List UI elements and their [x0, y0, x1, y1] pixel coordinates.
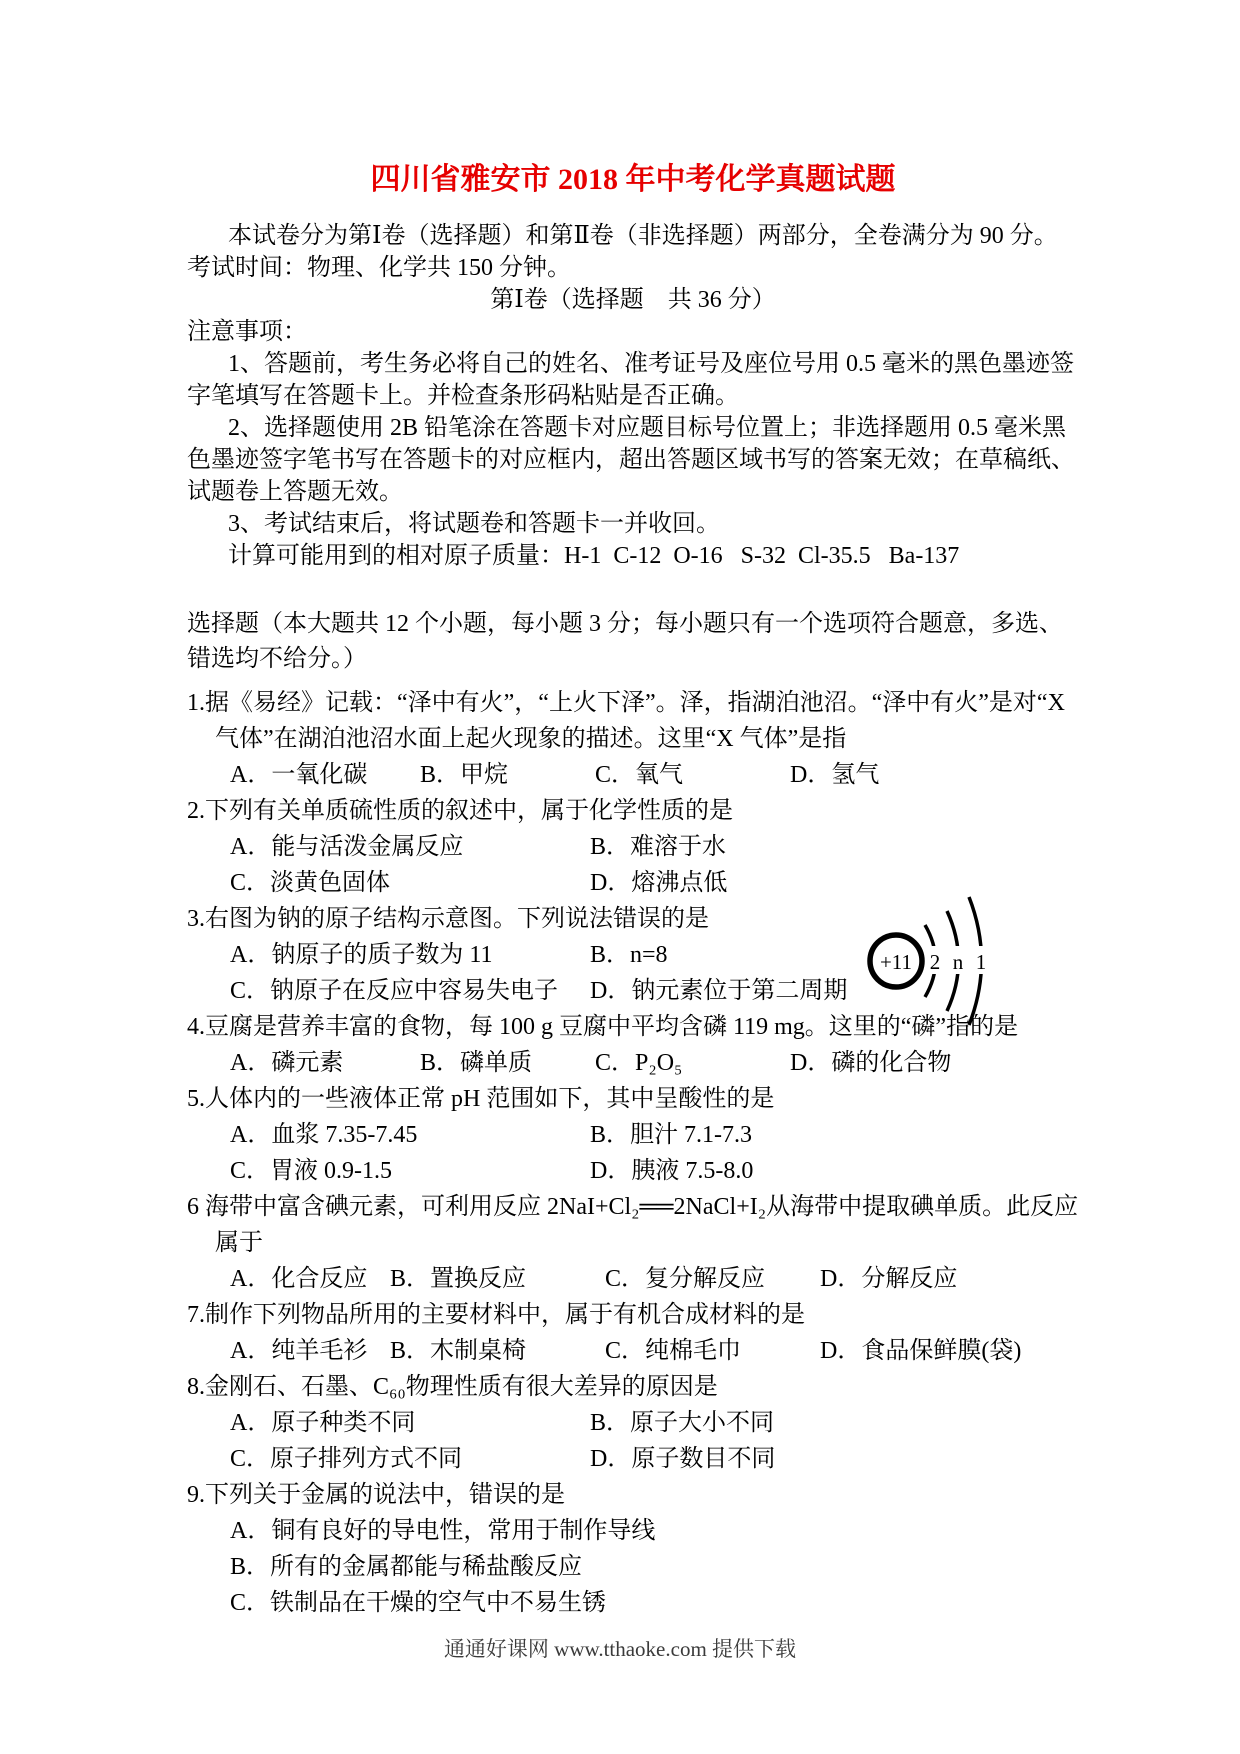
question-2-text: 2.下列有关单质硫性质的叙述中，属于化学性质的是: [187, 793, 1079, 829]
question-3: 3.右图为钠的原子结构示意图。下列说法错误的是 A．钠原子的质子数为 11 B．…: [187, 901, 1079, 1009]
question-9-options: A．铜有良好的导电性，常用于制作导线 B．所有的金属都能与稀盐酸反应 C．铁制品…: [187, 1513, 1079, 1621]
question-6-text: 6 海带中富含碘元素，可利用反应 2NaI+Cl₂══2NaCl+I₂从海带中提…: [187, 1189, 1079, 1261]
option-b: B．置换反应: [390, 1261, 605, 1297]
top-section: 本试卷分为第Ⅰ卷（选择题）和第Ⅱ卷（非选择题）两部分，全卷满分为 90 分。考试…: [187, 220, 1079, 572]
option-c: C．复分解反应: [605, 1261, 820, 1297]
option-a: A．铜有良好的导电性，常用于制作导线: [230, 1513, 1079, 1549]
intro-paragraph: 本试卷分为第Ⅰ卷（选择题）和第Ⅱ卷（非选择题）两部分，全卷满分为 90 分。考试…: [187, 220, 1079, 284]
document-title: 四川省雅安市 2018 年中考化学真题试题: [187, 163, 1079, 197]
option-b: B．磷单质: [420, 1045, 595, 1081]
option-c: C．铁制品在干燥的空气中不易生锈: [230, 1585, 1079, 1621]
multiple-choice-instructions: 选择题（本大题共 12 个小题，每小题 3 分；每小题只有一个选项符合题意，多选…: [187, 607, 1079, 677]
atomic-masses-line: 计算可能用到的相对原子质量：H-1 C-12 O-16 S-32 Cl-35.5…: [187, 540, 1079, 572]
question-list: 1.据《易经》记载：“泽中有火”，“上火下泽”。泽，指湖泊池沼。“泽中有火”是对…: [187, 685, 1079, 1621]
shell-2-electron-count: n: [953, 950, 964, 974]
question-1-text: 1.据《易经》记载：“泽中有火”，“上火下泽”。泽，指湖泊池沼。“泽中有火”是对…: [187, 685, 1079, 757]
question-4: 4.豆腐是营养丰富的食物，每 100 g 豆腐中平均含磷 119 mg。这里的“…: [187, 1009, 1079, 1081]
option-a: A．磷元素: [230, 1045, 420, 1081]
note-item-3: 3、考试结束后，将试题卷和答题卡一并收回。: [187, 508, 1079, 540]
question-8-text: 8.金刚石、石墨、C₆₀物理性质有很大差异的原因是: [187, 1369, 1079, 1405]
option-b: B．难溶于水: [590, 829, 1079, 865]
question-4-text: 4.豆腐是营养丰富的食物，每 100 g 豆腐中平均含磷 119 mg。这里的“…: [187, 1009, 1079, 1045]
option-d: D．氢气: [790, 757, 1079, 793]
question-1: 1.据《易经》记载：“泽中有火”，“上火下泽”。泽，指湖泊池沼。“泽中有火”是对…: [187, 685, 1079, 793]
question-6-options: A．化合反应 B．置换反应 C．复分解反应 D．分解反应: [187, 1261, 1079, 1297]
nucleus-charge-label: +11: [880, 950, 912, 974]
question-5-text: 5.人体内的一些液体正常 pH 范围如下，其中呈酸性的是: [187, 1081, 1079, 1117]
option-c: C．胃液 0.9-1.5: [230, 1153, 590, 1189]
option-c: C．氧气: [595, 757, 790, 793]
option-d: D．原子数目不同: [590, 1441, 1079, 1477]
note-item-1: 1、答题前，考生务必将自己的姓名、准考证号及座位号用 0.5 毫米的黑色墨迹签字…: [187, 348, 1079, 412]
option-c: C．原子排列方式不同: [230, 1441, 590, 1477]
shell-1-electron-count: 2: [930, 950, 941, 974]
section-1-heading: 第Ⅰ卷（选择题 共 36 分）: [187, 284, 1079, 316]
option-d: D．胰液 7.5-8.0: [590, 1153, 1079, 1189]
shell-3-electron-count: 1: [976, 950, 987, 974]
option-a: A．原子种类不同: [230, 1405, 590, 1441]
question-8: 8.金刚石、石墨、C₆₀物理性质有很大差异的原因是 A．原子种类不同 B．原子大…: [187, 1369, 1079, 1477]
option-c: C．P₂O₅: [595, 1045, 790, 1081]
option-c: C．钠原子在反应中容易失电子: [230, 973, 590, 1009]
option-b: B．胆汁 7.1-7.3: [590, 1117, 1079, 1153]
option-a: A．化合反应: [230, 1261, 390, 1297]
question-8-options: A．原子种类不同 B．原子大小不同 C．原子排列方式不同 D．原子数目不同: [187, 1405, 1079, 1477]
question-7: 7.制作下列物品所用的主要材料中，属于有机合成材料的是 A．纯羊毛衫 B．木制桌…: [187, 1297, 1079, 1369]
option-a: A．一氧化碳: [230, 757, 420, 793]
notes-heading: 注意事项：: [187, 316, 1079, 348]
note-item-2: 2、选择题使用 2B 铅笔涂在答题卡对应题目标号位置上；非选择题用 0.5 毫米…: [187, 412, 1079, 508]
option-a: A．纯羊毛衫: [230, 1333, 390, 1369]
option-c: C．纯棉毛巾: [605, 1333, 820, 1369]
option-b: B．木制桌椅: [390, 1333, 605, 1369]
question-5-options: A．血浆 7.35-7.45 B．胆汁 7.1-7.3 C．胃液 0.9-1.5…: [187, 1117, 1079, 1189]
option-b: B．所有的金属都能与稀盐酸反应: [230, 1549, 1079, 1585]
option-d: D．分解反应: [820, 1261, 1079, 1297]
question-9-text: 9.下列关于金属的说法中，错误的是: [187, 1477, 1079, 1513]
question-4-options: A．磷元素 B．磷单质 C．P₂O₅ D．磷的化合物: [187, 1045, 1079, 1081]
question-1-options: A．一氧化碳 B．甲烷 C．氧气 D．氢气: [187, 757, 1079, 793]
question-6: 6 海带中富含碘元素，可利用反应 2NaI+Cl₂══2NaCl+I₂从海带中提…: [187, 1189, 1079, 1297]
option-b: B．原子大小不同: [590, 1405, 1079, 1441]
question-2: 2.下列有关单质硫性质的叙述中，属于化学性质的是 A．能与活泼金属反应 B．难溶…: [187, 793, 1079, 901]
option-a: A．能与活泼金属反应: [230, 829, 590, 865]
question-9: 9.下列关于金属的说法中，错误的是 A．铜有良好的导电性，常用于制作导线 B．所…: [187, 1477, 1079, 1621]
question-5: 5.人体内的一些液体正常 pH 范围如下，其中呈酸性的是 A．血浆 7.35-7…: [187, 1081, 1079, 1189]
option-d: D．磷的化合物: [790, 1045, 1079, 1081]
option-c: C．淡黄色固体: [230, 865, 590, 901]
page-content: 四川省雅安市 2018 年中考化学真题试题 本试卷分为第Ⅰ卷（选择题）和第Ⅱ卷（…: [187, 0, 1079, 1621]
question-7-text: 7.制作下列物品所用的主要材料中，属于有机合成材料的是: [187, 1297, 1079, 1333]
option-a: A．血浆 7.35-7.45: [230, 1117, 590, 1153]
question-7-options: A．纯羊毛衫 B．木制桌椅 C．纯棉毛巾 D．食品保鲜膜(袋): [187, 1333, 1079, 1369]
option-a: A．钠原子的质子数为 11: [230, 937, 590, 973]
option-d: D．食品保鲜膜(袋): [820, 1333, 1079, 1369]
document-page: 四川省雅安市 2018 年中考化学真题试题 本试卷分为第Ⅰ卷（选择题）和第Ⅱ卷（…: [0, 0, 1240, 1754]
footer-watermark: 通通好课网 www.tthaoke.com 提供下载: [0, 1636, 1240, 1662]
option-b: B．甲烷: [420, 757, 595, 793]
